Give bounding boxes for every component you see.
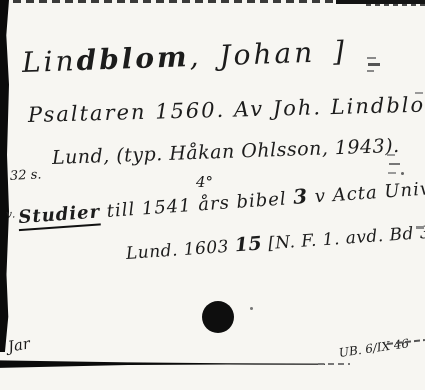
- card-left-edge: [0, 0, 9, 352]
- scan-artifact: [367, 70, 374, 72]
- scan-artifact: [388, 172, 396, 174]
- scan-artifact: [367, 57, 376, 59]
- author-heading-bold-overwrite: dblom: [76, 40, 190, 77]
- reference-line-1: v.Studier till 1541 års bibel 3 v Acta U…: [5, 173, 425, 229]
- reference-marker: v.: [5, 207, 16, 221]
- author-heading-tail: , Johan ]: [189, 35, 348, 73]
- reference-line2-bold1: 15: [234, 233, 263, 257]
- scan-artifact: [416, 226, 424, 229]
- title-line: Psaltaren 1560. Av Joh. Lindblom: [28, 92, 425, 127]
- scan-artifact: [368, 63, 380, 66]
- scan-artifact: [250, 307, 253, 310]
- scan-artifact: [387, 154, 395, 156]
- author-heading-lead: Lin: [21, 44, 77, 79]
- date-stamp: UB. 6/IX 46: [338, 336, 410, 360]
- reference-segment-1: till 1541 års bibel: [99, 188, 294, 222]
- hole-punch: [202, 301, 234, 333]
- date-stamp-year: 46: [393, 336, 410, 352]
- reference-line-2: Lund. 1603 15 [N. F. 1. avd. Bd 38. 6.: [125, 218, 425, 264]
- reference-line2-lead: Lund. 1603: [125, 236, 235, 264]
- scan-artifact: [415, 92, 423, 94]
- format-note: 4°: [196, 173, 213, 191]
- collation-note: 32 s.: [10, 167, 42, 184]
- reference-segment-2: v Acta Univers.: [307, 176, 425, 208]
- reference-series-title: Studier: [18, 201, 101, 231]
- cataloguer-initials: Jar: [6, 334, 31, 356]
- card-bottom-edge: [0, 360, 325, 368]
- imprint-line: Lund, (typ. Håkan Ohlsson, 1943).: [52, 135, 400, 169]
- reference-volume: 3: [292, 184, 309, 209]
- card-bottom-edge-tail: [318, 363, 350, 365]
- card-top-edge-shadow: [366, 4, 425, 6]
- scan-artifact: [401, 172, 404, 175]
- author-heading: Lindblom, Johan ]: [21, 35, 347, 79]
- reference-line2-mid: [N. F. 1. avd. Bd 38.: [262, 221, 425, 254]
- date-stamp-lead: UB. 6/IX: [338, 338, 395, 360]
- scan-artifact: [389, 163, 400, 165]
